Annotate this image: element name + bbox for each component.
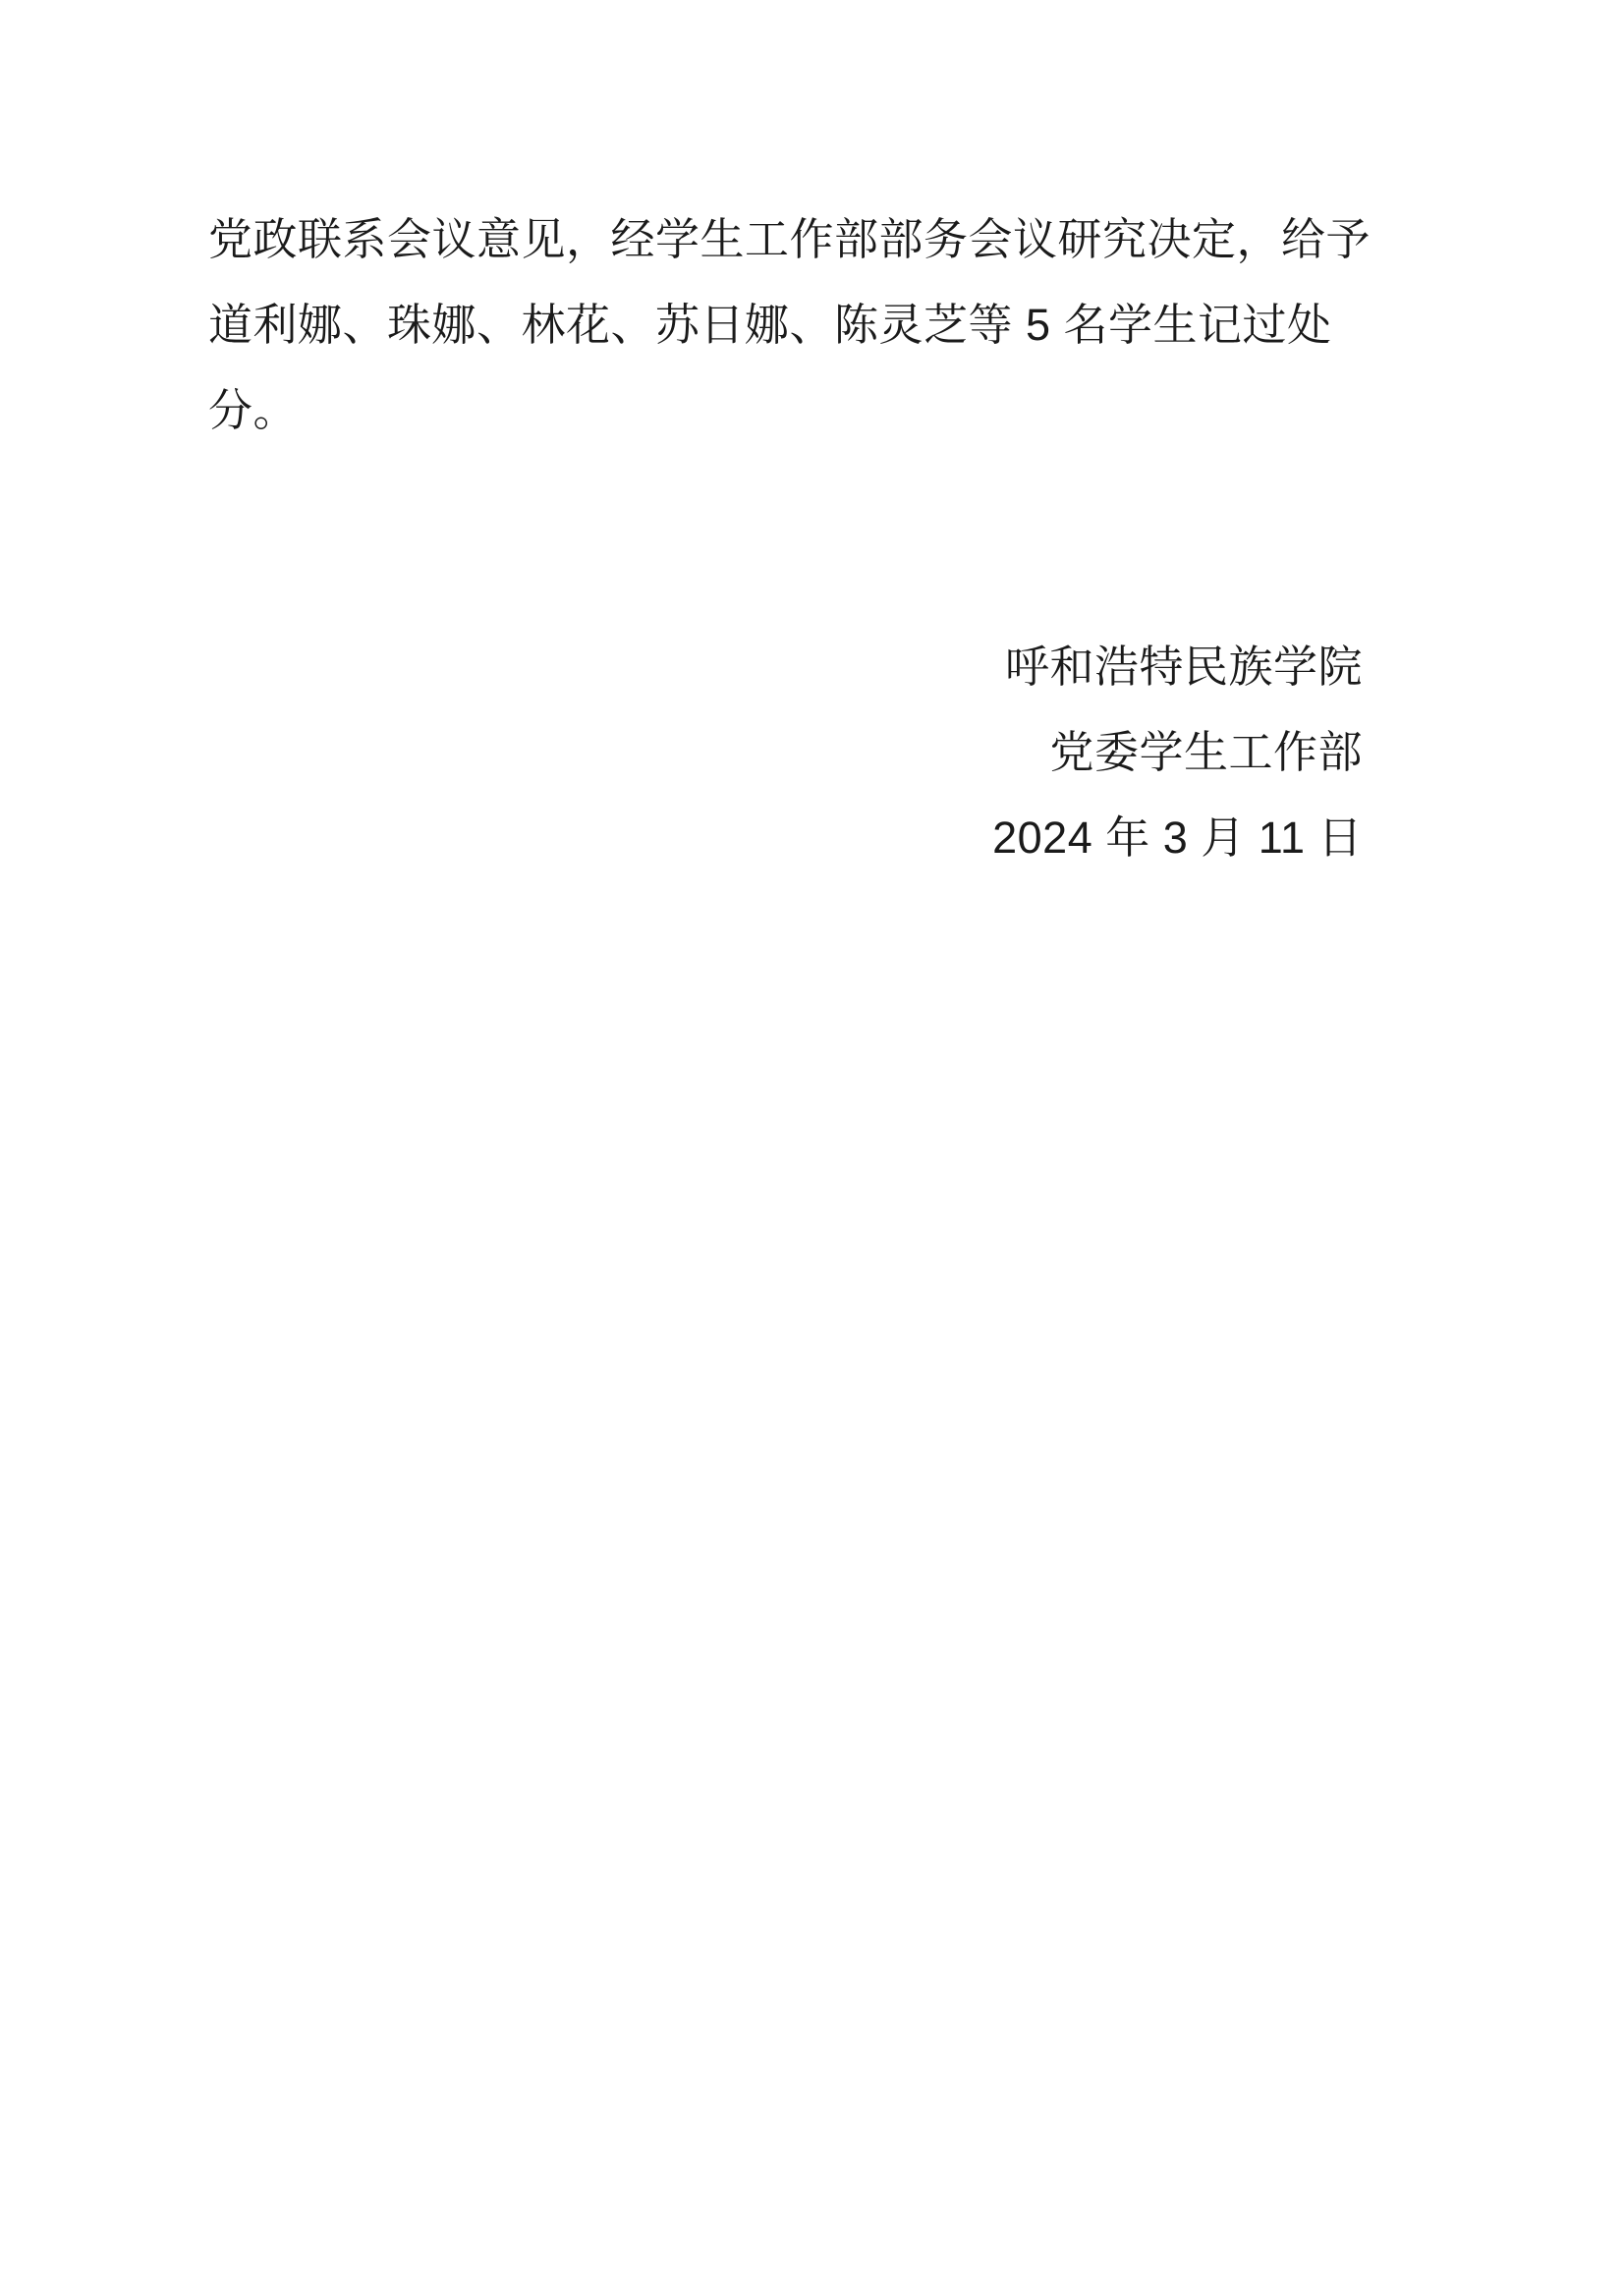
body-line-3: 分。 xyxy=(208,367,1366,453)
paragraph-continuation: 党政联系会议意见，经学生工作部部务会议研究决定，给予 道利娜、珠娜、林花、苏日娜… xyxy=(208,196,1366,453)
document-page: 党政联系会议意见，经学生工作部部务会议研究决定，给予 道利娜、珠娜、林花、苏日娜… xyxy=(0,0,1623,2296)
body-line-1: 党政联系会议意见，经学生工作部部务会议研究决定，给予 xyxy=(208,196,1366,282)
signature-block: 呼和浩特民族学院 党委学生工作部 2024 年 3 月 11 日 xyxy=(992,624,1363,880)
body-line-2: 道利娜、珠娜、林花、苏日娜、陈灵芝等 5 名学生记过处 xyxy=(208,282,1366,367)
signature-department: 党委学生工作部 xyxy=(992,709,1363,795)
signature-organization: 呼和浩特民族学院 xyxy=(992,624,1363,709)
signature-date: 2024 年 3 月 11 日 xyxy=(992,795,1363,880)
